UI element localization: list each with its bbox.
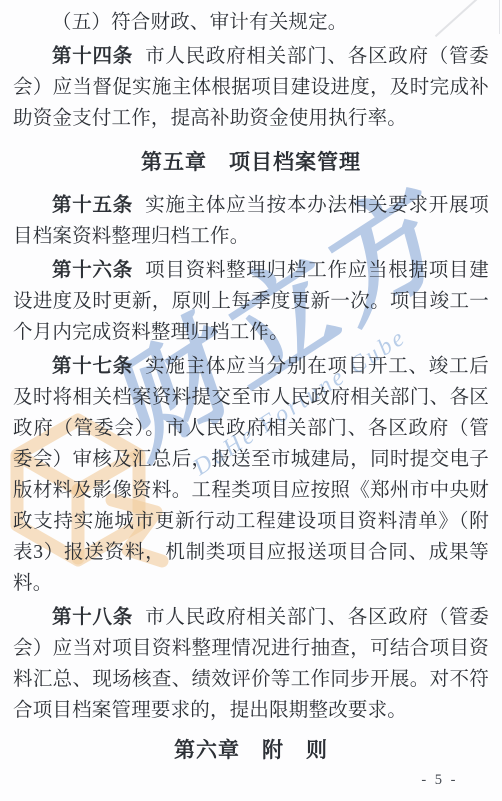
page-number: - 5 -: [421, 772, 458, 789]
chapter-heading: 第五章 项目档案管理: [13, 150, 489, 176]
text-line: 料汇总、现场核查、绩效评价等工作同步开展。对不符: [13, 664, 489, 695]
article-number: 第十四条: [52, 45, 133, 67]
text-line: 会）应当对项目资料整理情况进行抽查，可结合项目资: [13, 633, 489, 664]
paragraph: 第十七条实施主体应当分别在项目开工、竣工后及时将相关档案资料提交至市人民政府相关…: [13, 351, 489, 599]
text-line: 第十五条实施主体应当按本办法相关要求开展项: [13, 190, 489, 221]
line-text: 市人民政府相关部门、各区政府（管委: [145, 607, 489, 628]
text-line: 政支持实施城市更新行动工程建设项目资料清单》（附: [13, 506, 489, 537]
text-line: 第十六条项目资料整理归档工作应当根据项目建: [13, 255, 489, 286]
text-line: 合项目档案管理要求的，提出限期整改要求。: [13, 695, 489, 726]
text-line: 第十四条市人民政府相关部门、各区政府（管委: [13, 41, 489, 72]
text-line: 会）应当督促实施主体根据项目建设进度，及时完成补: [13, 72, 489, 103]
text-line: 委会）审核及汇总后，报送至市城建局，同时提交电子: [13, 444, 489, 475]
text-line: 政府（管委会）。市人民政府相关部门、各区政府（管: [13, 413, 489, 444]
text-line: 表3）报送资料，机制类项目应报送项目合同、成果等资: [13, 537, 489, 568]
article-number: 第十七条: [52, 355, 133, 377]
text-line: 设进度及时更新，原则上每季度更新一次。项目竣工一: [13, 286, 489, 317]
paragraph: 第十四条市人民政府相关部门、各区政府（管委会）应当督促实施主体根据项目建设进度，…: [13, 41, 489, 134]
text-line: 助资金支付工作，提高补助资金使用执行率。: [13, 103, 489, 134]
text-line: 版材料及影像资料。工程类项目应按照《郑州市中央财: [13, 475, 489, 506]
article-number: 第十五条: [52, 194, 133, 216]
scan-artifact-edge: [499, 0, 500, 34]
text-line: （五）符合财政、审计有关规定。: [13, 7, 489, 38]
text-line: 料。: [13, 568, 489, 599]
line-text: 实施主体应当按本办法相关要求开展项: [145, 195, 489, 216]
article-number: 第十六条: [52, 259, 133, 281]
text-line: 第十七条实施主体应当分别在项目开工、竣工后: [13, 351, 489, 382]
line-text: 实施主体应当分别在项目开工、竣工后: [145, 356, 489, 377]
paragraph: （五）符合财政、审计有关规定。: [13, 7, 489, 38]
text-line: 及时将相关档案资料提交至市人民政府相关部门、各区: [13, 382, 489, 413]
line-text: 项目资料整理归档工作应当根据项目建: [145, 260, 489, 281]
text-line: 目档案资料整理归档工作。: [13, 221, 489, 252]
text-line: 个月内完成资料整理归档工作。: [13, 317, 489, 348]
paragraph: 第十八条市人民政府相关部门、各区政府（管委会）应当对项目资料整理情况进行抽查，可…: [13, 602, 489, 726]
paragraph: 第十六条项目资料整理归档工作应当根据项目建设进度及时更新，原则上每季度更新一次。…: [13, 255, 489, 348]
text-line: 第十八条市人民政府相关部门、各区政府（管委: [13, 602, 489, 633]
document-page: 财立方 DaHe Fortune Cube （五）符合财政、审计有关规定。第十四…: [0, 0, 502, 801]
chapter-heading: 第六章 附 则: [13, 738, 489, 764]
article-number: 第十八条: [52, 606, 133, 628]
document-body: （五）符合财政、审计有关规定。第十四条市人民政府相关部门、各区政府（管委会）应当…: [13, 7, 489, 778]
paragraph: 第十五条实施主体应当按本办法相关要求开展项目档案资料整理归档工作。: [13, 190, 489, 252]
line-text: 市人民政府相关部门、各区政府（管委: [145, 46, 489, 67]
